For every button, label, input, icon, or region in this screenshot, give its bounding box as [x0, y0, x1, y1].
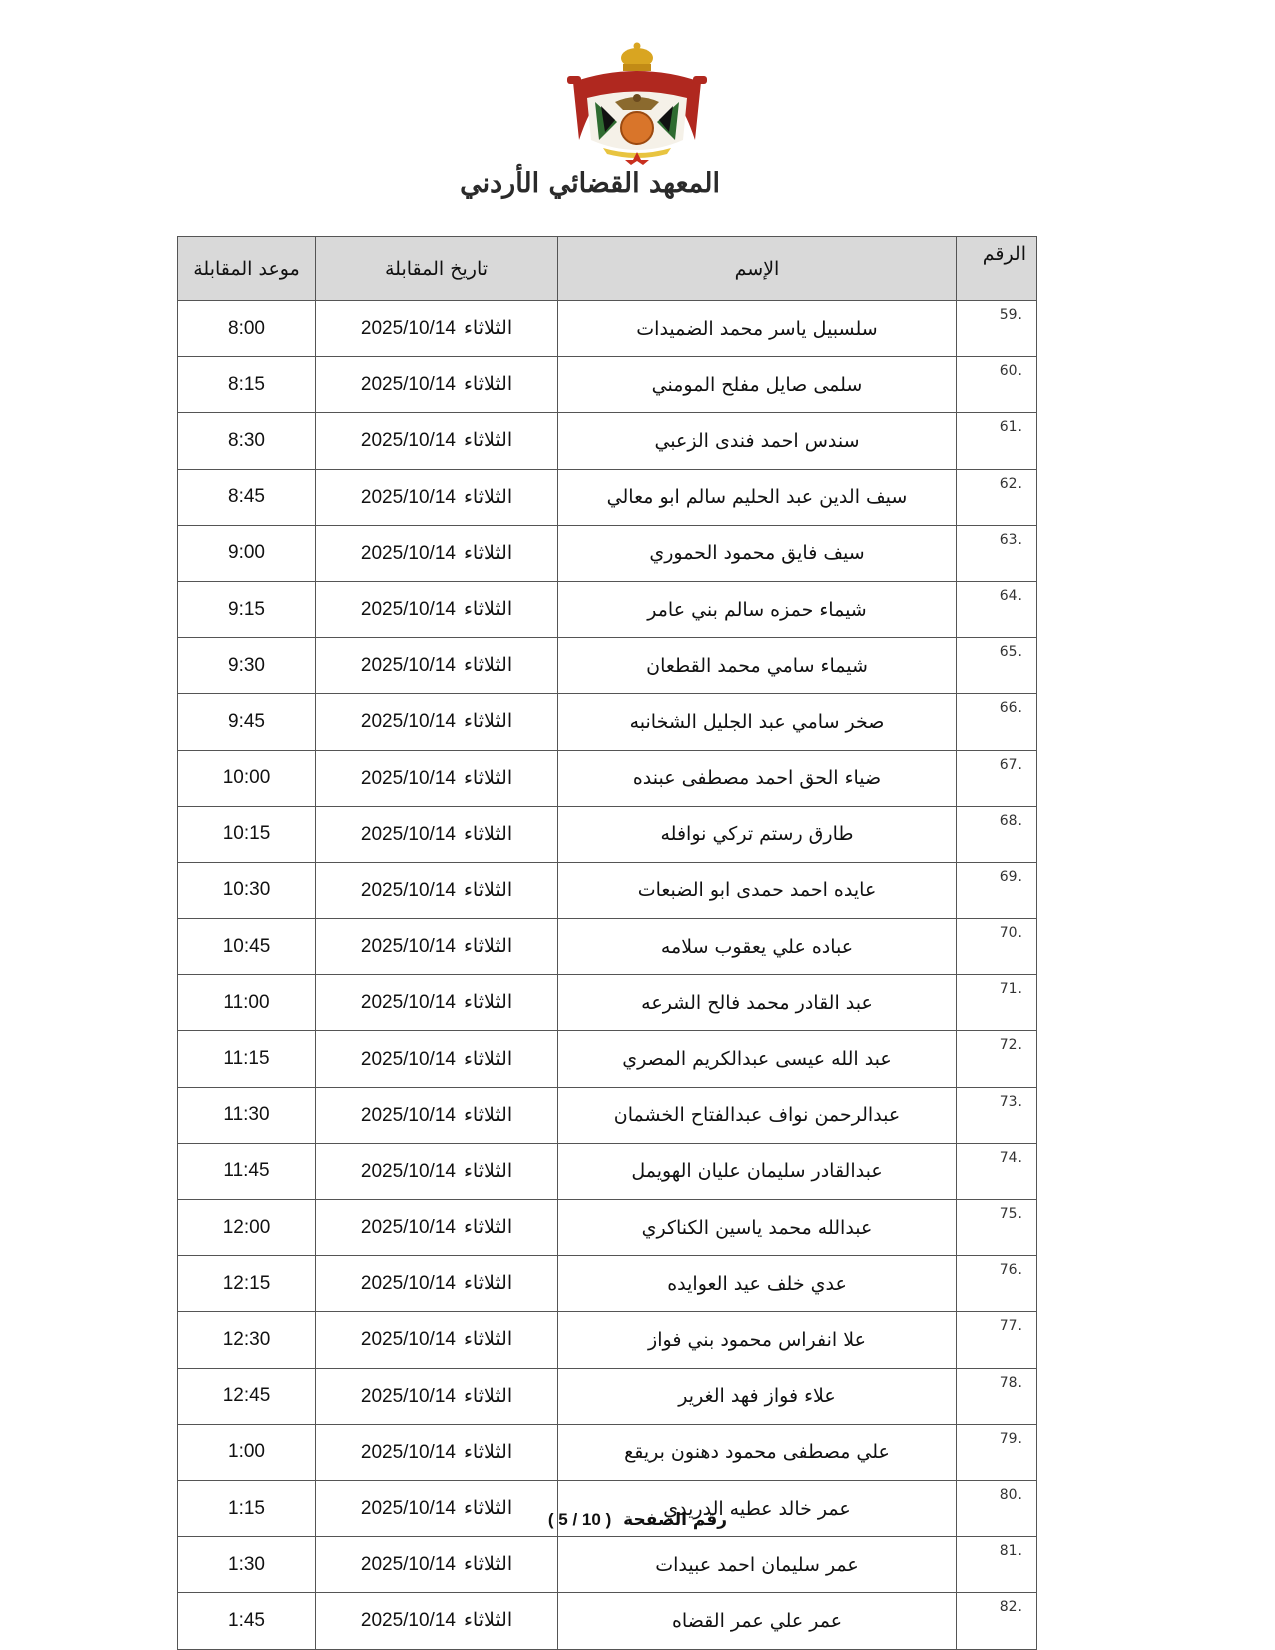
table-row: .76عدي خلف عيد العوايدهالثلاثاء2025/10/1…: [178, 1256, 1037, 1312]
row-number: .72: [957, 1031, 1037, 1087]
candidate-name: عباده علي يعقوب سلامه: [558, 919, 957, 975]
interview-time: 8:30: [178, 413, 316, 469]
interview-time: 1:45: [178, 1593, 316, 1649]
interview-time: 10:30: [178, 862, 316, 918]
interview-time: 12:45: [178, 1368, 316, 1424]
interview-date-value: 2025/10/14: [361, 1329, 456, 1350]
interview-day: الثلاثاء: [464, 1217, 512, 1238]
candidate-name: سيف الدين عبد الحليم سالم ابو معالي: [558, 469, 957, 525]
interview-date: الثلاثاء2025/10/14: [316, 1143, 558, 1199]
interview-day: الثلاثاء: [464, 543, 512, 564]
row-number: .69: [957, 862, 1037, 918]
table-row: .77علا انفراس محمود بني فوازالثلاثاء2025…: [178, 1312, 1037, 1368]
interview-date-value: 2025/10/14: [361, 1442, 456, 1463]
interview-time: 1:30: [178, 1537, 316, 1593]
table-row: .73عبدالرحمن نواف عبدالفتاح الخشمانالثلا…: [178, 1087, 1037, 1143]
interview-time: 12:30: [178, 1312, 316, 1368]
interview-date: الثلاثاء2025/10/14: [316, 1256, 558, 1312]
interview-time: 8:00: [178, 301, 316, 357]
interview-date: الثلاثاء2025/10/14: [316, 1368, 558, 1424]
interview-time: 9:15: [178, 581, 316, 637]
interview-day: الثلاثاء: [464, 487, 512, 508]
interview-day: الثلاثاء: [464, 1610, 512, 1631]
table-row: .67ضياء الحق احمد مصطفى عبندهالثلاثاء202…: [178, 750, 1037, 806]
interview-date: الثلاثاء2025/10/14: [316, 1537, 558, 1593]
interview-day: الثلاثاء: [464, 1329, 512, 1350]
row-number: .62: [957, 469, 1037, 525]
interview-date-value: 2025/10/14: [361, 430, 456, 451]
interview-date-value: 2025/10/14: [361, 824, 456, 845]
table-row: .61سندس احمد فندى الزعبيالثلاثاء2025/10/…: [178, 413, 1037, 469]
row-number: .70: [957, 919, 1037, 975]
interview-time: 9:30: [178, 638, 316, 694]
interview-date-value: 2025/10/14: [361, 1386, 456, 1407]
row-number: .71: [957, 975, 1037, 1031]
table-row: .63سيف فايق محمود الحموريالثلاثاء2025/10…: [178, 525, 1037, 581]
table-row: .66صخر سامي عبد الجليل الشخانبهالثلاثاء2…: [178, 694, 1037, 750]
interview-time: 10:15: [178, 806, 316, 862]
table-row: .65شيماء سامي محمد القطعانالثلاثاء2025/1…: [178, 638, 1037, 694]
table-row: .78علاء فواز فهد الغريرالثلاثاء2025/10/1…: [178, 1368, 1037, 1424]
interview-date: الثلاثاء2025/10/14: [316, 469, 558, 525]
interview-date-value: 2025/10/14: [361, 599, 456, 620]
institution-name: المعهد القضائي الأردني: [555, 168, 720, 199]
candidate-name: عبدالله محمد ياسين الكناكري: [558, 1200, 957, 1256]
row-number: .77: [957, 1312, 1037, 1368]
interview-time: 11:15: [178, 1031, 316, 1087]
interview-date: الثلاثاء2025/10/14: [316, 525, 558, 581]
interview-time: 10:00: [178, 750, 316, 806]
table-row: .81عمر سليمان احمد عبيداتالثلاثاء2025/10…: [178, 1537, 1037, 1593]
candidate-name: سيف فايق محمود الحموري: [558, 525, 957, 581]
interview-day: الثلاثاء: [464, 1105, 512, 1126]
interview-date: الثلاثاء2025/10/14: [316, 919, 558, 975]
candidate-name: عبد القادر محمد فالح الشرعه: [558, 975, 957, 1031]
table-row: .74عبدالقادر سليمان عليان الهويملالثلاثا…: [178, 1143, 1037, 1199]
row-number: .64: [957, 581, 1037, 637]
interview-day: الثلاثاء: [464, 1161, 512, 1182]
interview-date-value: 2025/10/14: [361, 1161, 456, 1182]
candidate-name: شيماء سامي محمد القطعان: [558, 638, 957, 694]
interview-time: 1:00: [178, 1424, 316, 1480]
row-number: .66: [957, 694, 1037, 750]
row-number: .78: [957, 1368, 1037, 1424]
interview-day: الثلاثاء: [464, 599, 512, 620]
table-row: .68طارق رستم تركي نوافلهالثلاثاء2025/10/…: [178, 806, 1037, 862]
interview-day: الثلاثاء: [464, 992, 512, 1013]
column-header-time: موعد المقابلة: [178, 237, 316, 301]
page-number-value: ( 10 / 5 ): [548, 1510, 611, 1529]
interview-date-value: 2025/10/14: [361, 1610, 456, 1631]
row-number: .81: [957, 1537, 1037, 1593]
interview-time: 9:45: [178, 694, 316, 750]
candidate-name: سلسبيل ياسر محمد الضميدات: [558, 301, 957, 357]
interview-schedule-table: الرقم الإسم تاريخ المقابلة موعد المقابلة…: [177, 236, 1037, 1650]
jordan-coat-of-arms-icon: [555, 40, 720, 165]
table-row: .69عايده احمد حمدى ابو الضبعاتالثلاثاء20…: [178, 862, 1037, 918]
table-row: .79علي مصطفى محمود دهنون بريقعالثلاثاء20…: [178, 1424, 1037, 1480]
interview-date: الثلاثاء2025/10/14: [316, 1424, 558, 1480]
interview-date: الثلاثاء2025/10/14: [316, 1031, 558, 1087]
column-header-date: تاريخ المقابلة: [316, 237, 558, 301]
interview-time: 10:45: [178, 919, 316, 975]
table-row: .71عبد القادر محمد فالح الشرعهالثلاثاء20…: [178, 975, 1037, 1031]
interview-day: الثلاثاء: [464, 1554, 512, 1575]
interview-date-value: 2025/10/14: [361, 1273, 456, 1294]
institution-logo: المعهد القضائي الأردني: [555, 40, 720, 215]
interview-date-value: 2025/10/14: [361, 768, 456, 789]
candidate-name: سندس احمد فندى الزعبي: [558, 413, 957, 469]
table-row: .75عبدالله محمد ياسين الكناكريالثلاثاء20…: [178, 1200, 1037, 1256]
row-number: .75: [957, 1200, 1037, 1256]
interview-date-value: 2025/10/14: [361, 711, 456, 732]
candidate-name: طارق رستم تركي نوافله: [558, 806, 957, 862]
table-row: .60سلمى صايل مفلح المومنيالثلاثاء2025/10…: [178, 357, 1037, 413]
interview-date: الثلاثاء2025/10/14: [316, 581, 558, 637]
candidate-name: عبد الله عيسى عبدالكريم المصري: [558, 1031, 957, 1087]
interview-date-value: 2025/10/14: [361, 992, 456, 1013]
interview-day: الثلاثاء: [464, 374, 512, 395]
interview-date: الثلاثاء2025/10/14: [316, 1200, 558, 1256]
interview-date-value: 2025/10/14: [361, 1217, 456, 1238]
row-number: .73: [957, 1087, 1037, 1143]
interview-date: الثلاثاء2025/10/14: [316, 1312, 558, 1368]
candidate-name: صخر سامي عبد الجليل الشخانبه: [558, 694, 957, 750]
candidate-name: ضياء الحق احمد مصطفى عبنده: [558, 750, 957, 806]
interview-date-value: 2025/10/14: [361, 487, 456, 508]
interview-date-value: 2025/10/14: [361, 936, 456, 957]
interview-date-value: 2025/10/14: [361, 318, 456, 339]
interview-day: الثلاثاء: [464, 880, 512, 901]
interview-date: الثلاثاء2025/10/14: [316, 413, 558, 469]
page-number: رقم الصفحة ( 10 / 5 ): [0, 1510, 1275, 1530]
column-header-number: الرقم: [957, 237, 1037, 301]
interview-date-value: 2025/10/14: [361, 1554, 456, 1575]
row-number: .79: [957, 1424, 1037, 1480]
interview-date: الثلاثاء2025/10/14: [316, 862, 558, 918]
candidate-name: سلمى صايل مفلح المومني: [558, 357, 957, 413]
interview-date: الثلاثاء2025/10/14: [316, 975, 558, 1031]
interview-day: الثلاثاء: [464, 318, 512, 339]
table-row: .62سيف الدين عبد الحليم سالم ابو معاليال…: [178, 469, 1037, 525]
row-number: .76: [957, 1256, 1037, 1312]
candidate-name: شيماء حمزه سالم بني عامر: [558, 581, 957, 637]
candidate-name: علا انفراس محمود بني فواز: [558, 1312, 957, 1368]
interview-date: الثلاثاء2025/10/14: [316, 301, 558, 357]
interview-day: الثلاثاء: [464, 1049, 512, 1070]
table-row: .82عمر علي عمر القضاهالثلاثاء2025/10/141…: [178, 1593, 1037, 1649]
interview-date: الثلاثاء2025/10/14: [316, 1593, 558, 1649]
interview-day: الثلاثاء: [464, 1273, 512, 1294]
column-header-name: الإسم: [558, 237, 957, 301]
candidate-name: عمر علي عمر القضاه: [558, 1593, 957, 1649]
page-number-label: رقم الصفحة: [623, 1510, 727, 1530]
interview-date-value: 2025/10/14: [361, 655, 456, 676]
row-number: .60: [957, 357, 1037, 413]
interview-date: الثلاثاء2025/10/14: [316, 1087, 558, 1143]
interview-date: الثلاثاء2025/10/14: [316, 694, 558, 750]
table-row: .64شيماء حمزه سالم بني عامرالثلاثاء2025/…: [178, 581, 1037, 637]
interview-day: الثلاثاء: [464, 655, 512, 676]
interview-time: 11:00: [178, 975, 316, 1031]
interview-day: الثلاثاء: [464, 1386, 512, 1407]
interview-time: 11:30: [178, 1087, 316, 1143]
row-number: .61: [957, 413, 1037, 469]
row-number: .68: [957, 806, 1037, 862]
interview-date: الثلاثاء2025/10/14: [316, 806, 558, 862]
interview-time: 12:00: [178, 1200, 316, 1256]
row-number: .63: [957, 525, 1037, 581]
candidate-name: عدي خلف عيد العوايده: [558, 1256, 957, 1312]
interview-time: 8:45: [178, 469, 316, 525]
candidate-name: عبدالقادر سليمان عليان الهويمل: [558, 1143, 957, 1199]
table-row: .72عبد الله عيسى عبدالكريم المصريالثلاثا…: [178, 1031, 1037, 1087]
interview-time: 12:15: [178, 1256, 316, 1312]
interview-day: الثلاثاء: [464, 711, 512, 732]
table-row: .59سلسبيل ياسر محمد الضميداتالثلاثاء2025…: [178, 301, 1037, 357]
candidate-name: عمر سليمان احمد عبيدات: [558, 1537, 957, 1593]
interview-day: الثلاثاء: [464, 824, 512, 845]
interview-date: الثلاثاء2025/10/14: [316, 750, 558, 806]
interview-date-value: 2025/10/14: [361, 543, 456, 564]
interview-day: الثلاثاء: [464, 768, 512, 789]
interview-date-value: 2025/10/14: [361, 374, 456, 395]
interview-time: 11:45: [178, 1143, 316, 1199]
row-number: .82: [957, 1593, 1037, 1649]
interview-day: الثلاثاء: [464, 936, 512, 957]
candidate-name: عايده احمد حمدى ابو الضبعات: [558, 862, 957, 918]
interview-day: الثلاثاء: [464, 430, 512, 451]
interview-time: 8:15: [178, 357, 316, 413]
interview-date-value: 2025/10/14: [361, 880, 456, 901]
row-number: .67: [957, 750, 1037, 806]
row-number: .59: [957, 301, 1037, 357]
candidate-name: عبدالرحمن نواف عبدالفتاح الخشمان: [558, 1087, 957, 1143]
table-row: .70عباده علي يعقوب سلامهالثلاثاء2025/10/…: [178, 919, 1037, 975]
interview-date: الثلاثاء2025/10/14: [316, 357, 558, 413]
interview-date-value: 2025/10/14: [361, 1049, 456, 1070]
interview-date-value: 2025/10/14: [361, 1105, 456, 1126]
row-number: .74: [957, 1143, 1037, 1199]
interview-day: الثلاثاء: [464, 1442, 512, 1463]
interview-date: الثلاثاء2025/10/14: [316, 638, 558, 694]
interview-time: 9:00: [178, 525, 316, 581]
row-number: .65: [957, 638, 1037, 694]
table-header-row: الرقم الإسم تاريخ المقابلة موعد المقابلة: [178, 237, 1037, 301]
candidate-name: علاء فواز فهد الغرير: [558, 1368, 957, 1424]
candidate-name: علي مصطفى محمود دهنون بريقع: [558, 1424, 957, 1480]
